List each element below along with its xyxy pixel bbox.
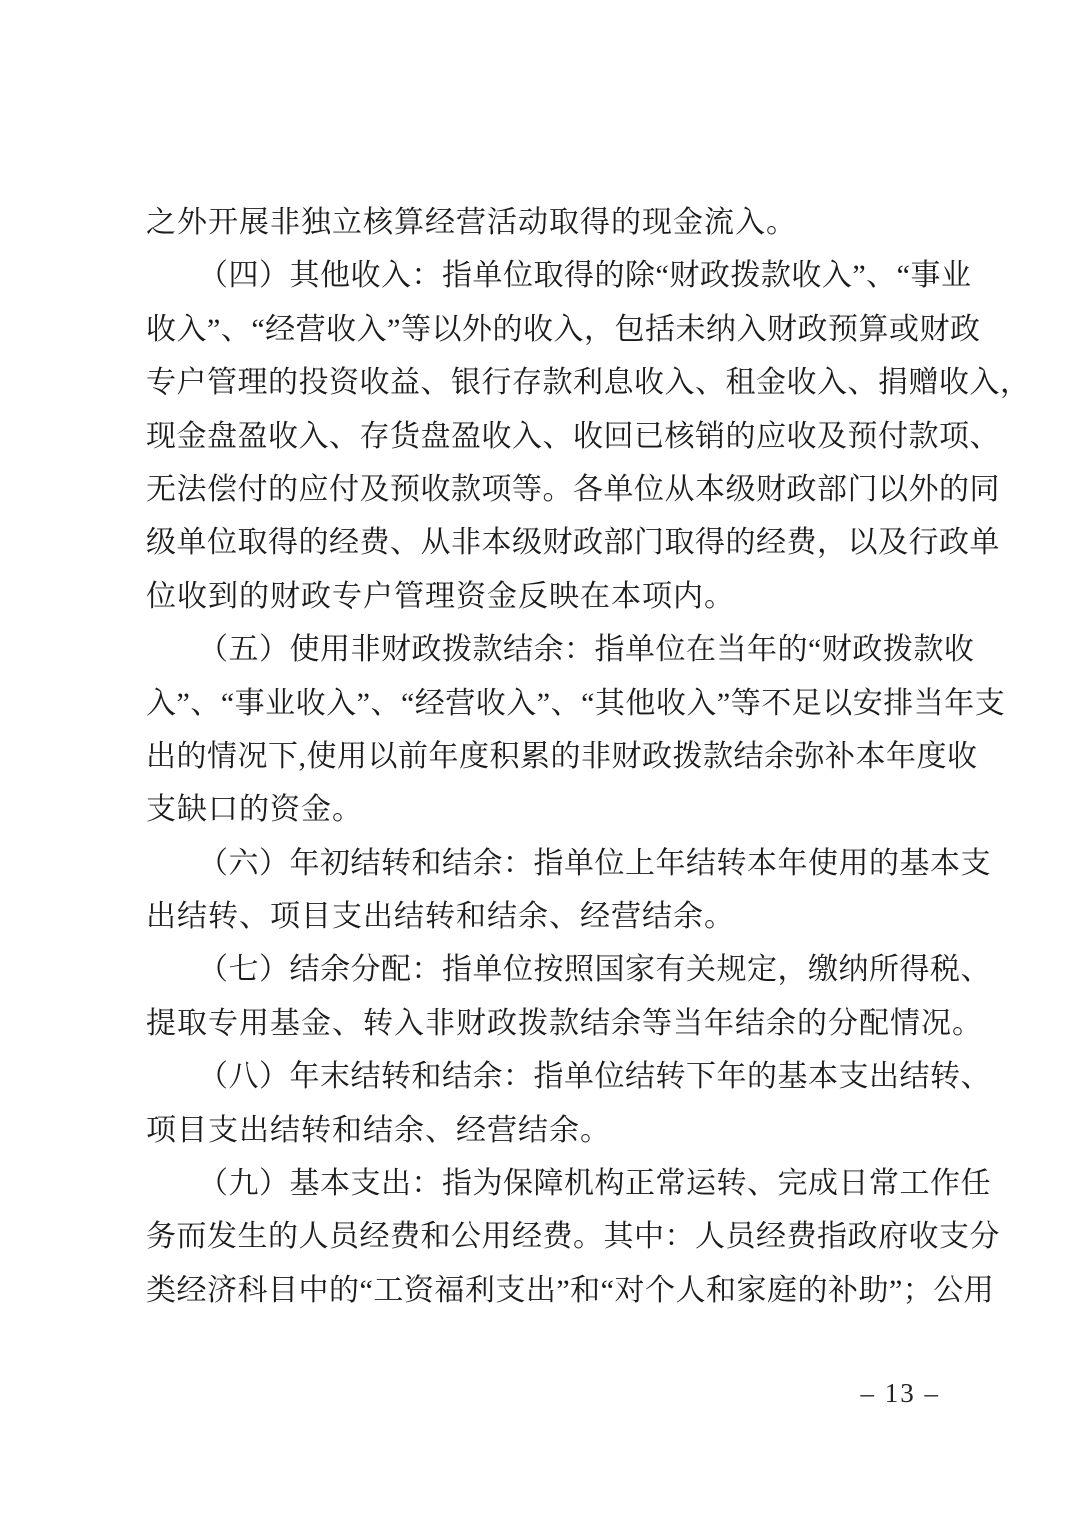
text-line: 提取专用基金、转入非财政拨款结余等当年结余的分配情况。 bbox=[146, 997, 940, 1050]
paragraph-start-line: （九）基本支出：指为保障机构正常运转、完成日常工作任 bbox=[146, 1157, 940, 1210]
paragraph-start-line: （七）结余分配：指单位按照国家有关规定，缴纳所得税、 bbox=[146, 943, 940, 996]
text-line: 项目支出结转和结余、经营结余。 bbox=[146, 1104, 940, 1157]
document-page: 之外开展非独立核算经营活动取得的现金流入。 （四）其他收入：指单位取得的除“财政… bbox=[0, 0, 1074, 1520]
text-line: 支缺口的资金。 bbox=[146, 783, 940, 836]
paragraph-start-line: （八）年末结转和结余：指单位结转下年的基本支出结转、 bbox=[146, 1050, 940, 1103]
document-body: 之外开展非独立核算经营活动取得的现金流入。 （四）其他收入：指单位取得的除“财政… bbox=[146, 196, 940, 1317]
paragraph-start-line: （四）其他收入：指单位取得的除“财政拨款收入”、“事业 bbox=[146, 249, 940, 302]
text-line: 出结转、项目支出结转和结余、经营结余。 bbox=[146, 890, 940, 943]
text-line: 位收到的财政专户管理资金反映在本项内。 bbox=[146, 570, 940, 623]
text-line: 入”、“事业收入”、“经营收入”、“其他收入”等不足以安排当年支 bbox=[146, 677, 940, 730]
text-line: 无法偿付的应付及预收款项等。各单位从本级财政部门以外的同 bbox=[146, 463, 940, 516]
paragraph-start-line: （五）使用非财政拨款结余：指单位在当年的“财政拨款收 bbox=[146, 623, 940, 676]
paragraph-start-line: （六）年初结转和结余：指单位上年结转本年使用的基本支 bbox=[146, 837, 940, 890]
text-line: 类经济科目中的“工资福利支出”和“对个人和家庭的补助”；公用 bbox=[146, 1264, 940, 1317]
text-line: 专户管理的投资收益、银行存款利息收入、租金收入、捐赠收入， bbox=[146, 356, 940, 409]
text-line: 出的情况下,使用以前年度积累的非财政拨款结余弥补本年度收 bbox=[146, 730, 940, 783]
text-line: 收入”、“经营收入”等以外的收入，包括未纳入财政预算或财政 bbox=[146, 303, 940, 356]
text-line: 之外开展非独立核算经营活动取得的现金流入。 bbox=[146, 196, 940, 249]
page-number: – 13 – bbox=[146, 1378, 940, 1409]
text-line: 级单位取得的经费、从非本级财政部门取得的经费，以及行政单 bbox=[146, 516, 940, 569]
text-line: 务而发生的人员经费和公用经费。其中：人员经费指政府收支分 bbox=[146, 1210, 940, 1263]
text-line: 现金盘盈收入、存货盘盈收入、收回已核销的应收及预付款项、 bbox=[146, 410, 940, 463]
